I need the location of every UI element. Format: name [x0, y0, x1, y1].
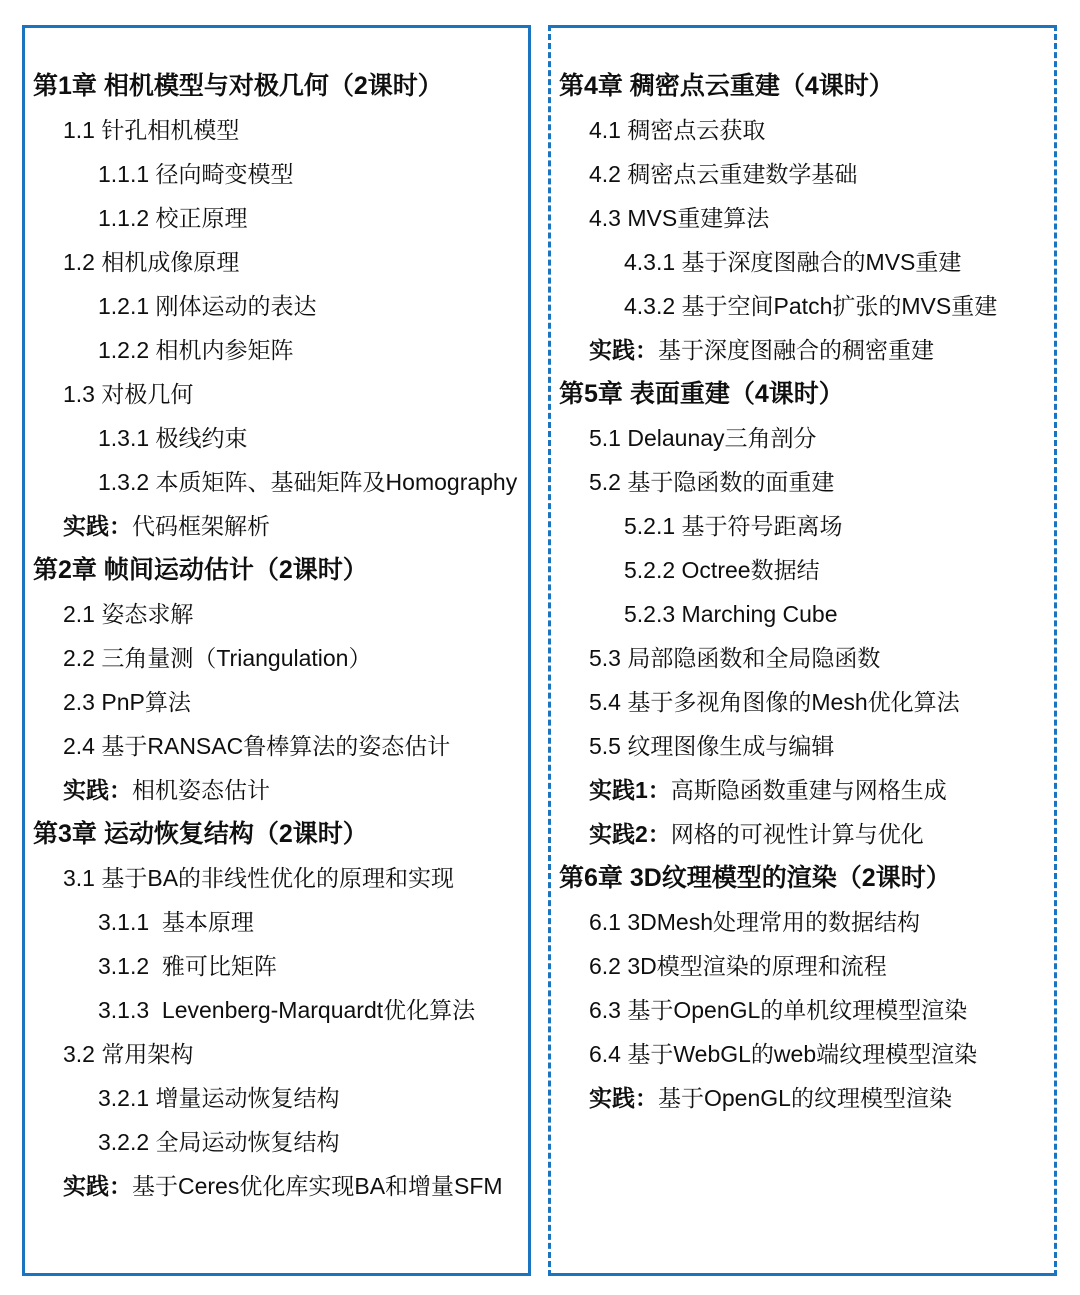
chapter-heading: 第4章 稠密点云重建（4课时） — [551, 64, 1054, 108]
practice-label: 实践： — [589, 337, 658, 363]
practice-text: 基于Ceres优化库实现BA和增量SFM — [132, 1173, 503, 1199]
practice-item: 实践：代码框架解析 — [25, 504, 528, 548]
section-item: 6.1 3DMesh处理常用的数据结构 — [551, 900, 1054, 944]
subsection-item: 4.3.1 基于深度图融合的MVS重建 — [551, 240, 1054, 284]
section-item: 3.2 常用架构 — [25, 1032, 528, 1076]
subsection-item: 4.3.2 基于空间Patch扩张的MVS重建 — [551, 284, 1054, 328]
section-item: 2.3 PnP算法 — [25, 680, 528, 724]
practice-item: 实践1：高斯隐函数重建与网格生成 — [551, 768, 1054, 812]
section-item: 4.3 MVS重建算法 — [551, 196, 1054, 240]
section-item: 3.1 基于BA的非线性优化的原理和实现 — [25, 856, 528, 900]
subsection-item: 5.2.3 Marching Cube — [551, 592, 1054, 636]
subsection-item: 5.2.1 基于符号距离场 — [551, 504, 1054, 548]
section-item: 6.2 3D模型渲染的原理和流程 — [551, 944, 1054, 988]
chapter-heading: 第3章 运动恢复结构（2课时） — [25, 812, 528, 856]
practice-label: 实践： — [63, 1173, 132, 1199]
section-item: 5.2 基于隐函数的面重建 — [551, 460, 1054, 504]
course-outline-page: { "page": { "background": "#ffffff", "ac… — [0, 0, 1080, 1295]
section-item: 1.2 相机成像原理 — [25, 240, 528, 284]
section-item: 6.4 基于WebGL的web端纹理模型渲染 — [551, 1032, 1054, 1076]
practice-label: 实践： — [63, 777, 132, 803]
practice-text: 网格的可视性计算与优化 — [671, 821, 924, 847]
subsection-item: 3.1.3 Levenberg-Marquardt优化算法 — [25, 988, 528, 1032]
practice-item: 实践：基于深度图融合的稠密重建 — [551, 328, 1054, 372]
chapter-heading: 第1章 相机模型与对极几何（2课时） — [25, 64, 528, 108]
course-outline-panel-right: 第4章 稠密点云重建（4课时）4.1 稠密点云获取4.2 稠密点云重建数学基础4… — [548, 25, 1057, 1276]
section-item: 2.4 基于RANSAC鲁棒算法的姿态估计 — [25, 724, 528, 768]
practice-label: 实践： — [589, 1085, 658, 1111]
practice-item: 实践：基于OpenGL的纹理模型渲染 — [551, 1076, 1054, 1120]
section-item: 1.3 对极几何 — [25, 372, 528, 416]
section-item: 5.4 基于多视角图像的Mesh优化算法 — [551, 680, 1054, 724]
practice-label: 实践2： — [589, 821, 671, 847]
subsection-item: 1.2.2 相机内参矩阵 — [25, 328, 528, 372]
chapter-heading: 第6章 3D纹理模型的渲染（2课时） — [551, 856, 1054, 900]
subsection-item: 3.2.2 全局运动恢复结构 — [25, 1120, 528, 1164]
section-item: 5.1 Delaunay三角剖分 — [551, 416, 1054, 460]
chapter-heading: 第5章 表面重建（4课时） — [551, 372, 1054, 416]
subsection-item: 5.2.2 Octree数据结 — [551, 548, 1054, 592]
section-item: 4.1 稠密点云获取 — [551, 108, 1054, 152]
subsection-item: 3.1.2 雅可比矩阵 — [25, 944, 528, 988]
section-item: 5.5 纹理图像生成与编辑 — [551, 724, 1054, 768]
section-item: 2.1 姿态求解 — [25, 592, 528, 636]
subsection-item: 1.3.2 本质矩阵、基础矩阵及Homography — [25, 460, 528, 504]
practice-text: 高斯隐函数重建与网格生成 — [671, 777, 947, 803]
section-item: 4.2 稠密点云重建数学基础 — [551, 152, 1054, 196]
course-outline-panel-left: 第1章 相机模型与对极几何（2课时）1.1 针孔相机模型1.1.1 径向畸变模型… — [22, 25, 531, 1276]
practice-text: 基于深度图融合的稠密重建 — [658, 337, 934, 363]
practice-label: 实践： — [63, 513, 132, 539]
practice-item: 实践：基于Ceres优化库实现BA和增量SFM — [25, 1164, 528, 1208]
subsection-item: 1.1.2 校正原理 — [25, 196, 528, 240]
section-item: 2.2 三角量测（Triangulation） — [25, 636, 528, 680]
practice-item: 实践：相机姿态估计 — [25, 768, 528, 812]
practice-text: 基于OpenGL的纹理模型渲染 — [658, 1085, 952, 1111]
subsection-item: 1.3.1 极线约束 — [25, 416, 528, 460]
practice-text: 代码框架解析 — [132, 513, 270, 539]
section-item: 5.3 局部隐函数和全局隐函数 — [551, 636, 1054, 680]
section-item: 1.1 针孔相机模型 — [25, 108, 528, 152]
subsection-item: 1.2.1 刚体运动的表达 — [25, 284, 528, 328]
subsection-item: 1.1.1 径向畸变模型 — [25, 152, 528, 196]
subsection-item: 3.2.1 增量运动恢复结构 — [25, 1076, 528, 1120]
practice-text: 相机姿态估计 — [132, 777, 270, 803]
practice-label: 实践1： — [589, 777, 671, 803]
chapter-heading: 第2章 帧间运动估计（2课时） — [25, 548, 528, 592]
section-item: 6.3 基于OpenGL的单机纹理模型渲染 — [551, 988, 1054, 1032]
practice-item: 实践2：网格的可视性计算与优化 — [551, 812, 1054, 856]
subsection-item: 3.1.1 基本原理 — [25, 900, 528, 944]
